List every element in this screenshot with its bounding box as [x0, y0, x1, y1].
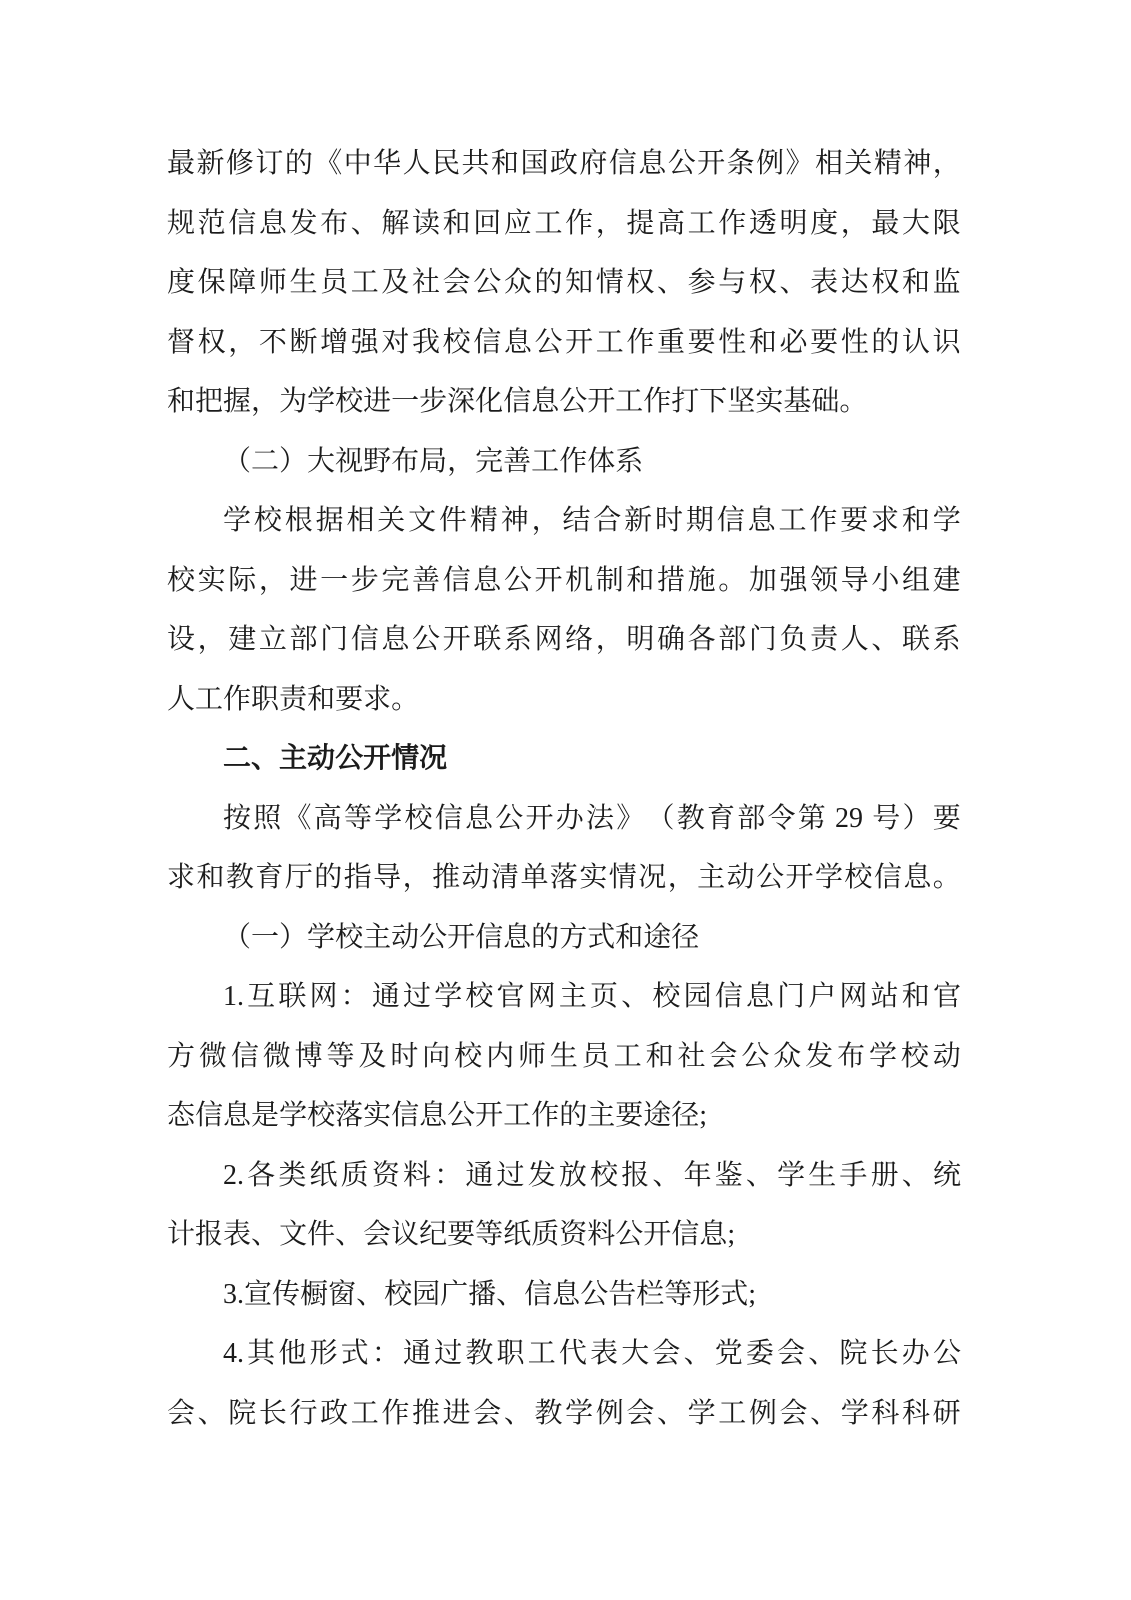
char: 。	[839, 372, 867, 432]
char: 公	[615, 1205, 643, 1265]
char: 动	[307, 729, 335, 789]
char: 、	[657, 253, 685, 313]
char: 期	[686, 491, 714, 551]
char: 工	[688, 194, 716, 254]
char: 信	[524, 1265, 552, 1325]
char: 形	[692, 1265, 720, 1325]
char: 野	[363, 432, 391, 492]
char: 学	[933, 491, 961, 551]
char: 作	[381, 1384, 409, 1444]
char: 断	[290, 313, 318, 373]
char: 式	[720, 1265, 748, 1325]
char: 公	[447, 1086, 475, 1146]
char: 信	[717, 491, 745, 551]
char: 要	[688, 313, 716, 373]
char: 单	[520, 848, 548, 908]
char: 机	[565, 551, 593, 611]
char: 令	[768, 789, 796, 849]
char: 体	[587, 432, 615, 492]
char: 障	[228, 253, 256, 313]
char: 增	[320, 313, 348, 373]
char: 工	[503, 1086, 531, 1146]
char: 博	[295, 1027, 323, 1087]
char: 办	[902, 1324, 930, 1384]
char: 科	[902, 1384, 930, 1444]
char: 基	[783, 372, 811, 432]
char: 作	[531, 1086, 559, 1146]
char: 开	[786, 848, 814, 908]
char: 校	[590, 1146, 618, 1206]
char: 公	[668, 134, 696, 194]
char: 络	[565, 610, 593, 670]
char: 和	[626, 551, 654, 611]
char: 和	[646, 1027, 674, 1087]
char: 园	[412, 1265, 440, 1325]
char: 发	[805, 1027, 833, 1087]
char: 息	[552, 1265, 580, 1325]
char: 工	[351, 1384, 379, 1444]
char: 校	[652, 967, 680, 1027]
char: 校	[335, 372, 363, 432]
char: 解	[381, 194, 409, 254]
char: 府	[579, 134, 607, 194]
char: 求	[871, 491, 899, 551]
char: 订	[255, 134, 283, 194]
char: 设	[167, 610, 195, 670]
char: 系	[933, 610, 961, 670]
char: 学	[815, 848, 843, 908]
char: 式	[587, 908, 615, 968]
char: 作	[718, 194, 746, 254]
char: 深	[447, 372, 475, 432]
char: 29	[828, 789, 870, 849]
char: 法	[586, 789, 614, 849]
char: 息	[903, 848, 931, 908]
char: 信	[473, 313, 501, 373]
char: 会	[473, 1384, 501, 1444]
char: 坚	[727, 372, 755, 432]
char: 师	[518, 1027, 546, 1087]
char: 窗	[328, 1265, 356, 1325]
char: 关	[844, 134, 872, 194]
char: 放	[559, 1146, 587, 1206]
char: 网	[528, 967, 556, 1027]
char: 学	[565, 1384, 593, 1444]
char: 手	[839, 1146, 867, 1206]
text-line: （一）学校主动公开信息的方式和途径	[167, 908, 961, 968]
char: 人	[841, 610, 869, 670]
text-line: 设，建立部门信息公开联系网络，明确各部门负责人、联系	[167, 610, 961, 670]
char: 和	[491, 134, 519, 194]
char: 长	[259, 1384, 287, 1444]
char: 主	[279, 729, 307, 789]
char: 件	[439, 491, 467, 551]
char: 和	[196, 848, 224, 908]
text-line: 度保障师生员工及社会公众的知情权、参与权、表达权和监	[167, 253, 961, 313]
char: 按	[223, 789, 251, 849]
char: 部	[290, 610, 318, 670]
text-line: 规范信息发布、解读和回应工作，提高工作透明度，最大限	[167, 194, 961, 254]
char: 布	[320, 194, 348, 254]
char: ，	[668, 848, 696, 908]
char: 明	[626, 610, 654, 670]
char: 的	[285, 134, 313, 194]
char: 情	[391, 729, 419, 789]
char: 党	[715, 1324, 743, 1384]
char: 监	[933, 253, 961, 313]
char: 参	[688, 253, 716, 313]
char: ;	[727, 1205, 735, 1265]
char: 园	[684, 967, 712, 1027]
char: 公	[580, 1265, 608, 1325]
char: 精	[874, 134, 902, 194]
char: 开	[526, 789, 554, 849]
char: 民	[432, 134, 460, 194]
char: 情	[596, 253, 624, 313]
char: 方	[167, 1027, 195, 1087]
char: 式	[341, 1324, 369, 1384]
char: 信	[503, 372, 531, 432]
char: 件	[307, 1205, 335, 1265]
char: 站	[871, 967, 899, 1027]
char: 教	[465, 1324, 493, 1384]
char: 报	[621, 1146, 649, 1206]
char: ，	[198, 610, 226, 670]
char: 会	[652, 1324, 680, 1384]
char: 清	[491, 848, 519, 908]
char: 工	[596, 313, 624, 373]
char: 开	[535, 551, 563, 611]
section-heading-line: 二、主动公开情况	[167, 729, 961, 789]
char: 应	[504, 194, 532, 254]
char: 开	[565, 313, 593, 373]
char: 厅	[285, 848, 313, 908]
char: 3.	[223, 1265, 244, 1325]
char: 要	[447, 1205, 475, 1265]
char: 根	[285, 491, 313, 551]
char: 公	[335, 729, 363, 789]
char: 信	[715, 967, 743, 1027]
char: 的	[314, 848, 342, 908]
text-line: 1.互联网：通过学校官网主页、校园信息门户网站和官	[167, 967, 961, 1027]
char: 公	[559, 372, 587, 432]
char: 和	[902, 967, 930, 1027]
char: 会	[626, 1384, 654, 1444]
char: 校	[901, 1027, 929, 1087]
char: 合	[593, 491, 621, 551]
char: 求	[363, 670, 391, 730]
char: 人	[403, 134, 431, 194]
char: 公	[741, 1027, 769, 1087]
char: 学	[374, 789, 402, 849]
char: 要	[810, 313, 838, 373]
char: 与	[718, 253, 746, 313]
char: 息	[504, 313, 532, 373]
char: 宣	[244, 1265, 272, 1325]
char: ）	[279, 908, 307, 968]
char: 完	[475, 432, 503, 492]
char: 对	[381, 313, 409, 373]
char: 学	[307, 372, 335, 432]
char: 开	[587, 372, 615, 432]
char: 读	[412, 194, 440, 254]
char: 进	[290, 551, 318, 611]
char: 职	[251, 670, 279, 730]
char: 工	[614, 1027, 642, 1087]
char: 要	[615, 1086, 643, 1146]
char: 工	[195, 670, 223, 730]
char: 工	[351, 253, 379, 313]
char: 径	[671, 908, 699, 968]
char: 信	[228, 194, 256, 254]
char: 实	[198, 551, 226, 611]
text-line: 计报表、文件、会议纪要等纸质资料公开信息;	[167, 1205, 961, 1265]
char: 校	[454, 1027, 482, 1087]
char: 必	[780, 313, 808, 373]
char: 权	[871, 253, 899, 313]
char: 大	[621, 1324, 649, 1384]
char: 和	[902, 491, 930, 551]
char: 统	[933, 1146, 961, 1206]
char: 和	[307, 670, 335, 730]
char: 布	[391, 432, 419, 492]
char: 条	[727, 134, 755, 194]
char: 施	[688, 551, 716, 611]
char: 主	[697, 848, 725, 908]
char: 要	[335, 670, 363, 730]
char: 导	[841, 551, 869, 611]
char: 部	[718, 610, 746, 670]
char: 各	[247, 1146, 275, 1206]
char: 措	[657, 551, 685, 611]
char: 开	[443, 610, 471, 670]
char: 社	[412, 253, 440, 313]
char: 形	[310, 1324, 338, 1384]
char: 告	[608, 1265, 636, 1325]
text-line: 会、院长行政工作推进会、教学例会、学工例会、学科科研	[167, 1384, 961, 1444]
text-line: 求和教育厅的指导，推动清单落实情况，主动公开学校信息。	[167, 848, 961, 908]
char: 播	[468, 1265, 496, 1325]
char: 、	[780, 253, 808, 313]
char: 息	[699, 1205, 727, 1265]
char: 联	[278, 967, 306, 1027]
char: 责	[810, 610, 838, 670]
char: 校	[465, 967, 493, 1027]
char: 动	[462, 848, 490, 908]
char: 进	[443, 1384, 471, 1444]
char: 一	[391, 372, 419, 432]
char: 二	[251, 432, 279, 492]
char: ，	[447, 432, 475, 492]
char: 信	[671, 1205, 699, 1265]
char: 和	[167, 372, 195, 432]
char: ，	[596, 194, 624, 254]
char: 作	[643, 372, 671, 432]
char: 和	[749, 313, 777, 373]
char: 他	[278, 1324, 306, 1384]
char: 官	[497, 967, 525, 1027]
char: 系	[504, 610, 532, 670]
char: 开	[363, 729, 391, 789]
char: 互	[247, 967, 275, 1027]
char: 传	[272, 1265, 300, 1325]
char: 的	[871, 313, 899, 373]
char: 和	[443, 194, 471, 254]
char: 第	[798, 789, 826, 849]
char: 息	[638, 134, 666, 194]
char: 开	[643, 1205, 671, 1265]
char: 信	[609, 134, 637, 194]
char: 教	[226, 848, 254, 908]
char: 、	[198, 1384, 226, 1444]
char: 校	[384, 1265, 412, 1325]
char: 息	[223, 1086, 251, 1146]
char: 、	[902, 1146, 930, 1206]
char: 生	[290, 253, 318, 313]
char: 员	[320, 253, 348, 313]
char: 途	[643, 908, 671, 968]
char: ，	[841, 194, 869, 254]
char: 息	[531, 372, 559, 432]
char: 动	[391, 908, 419, 968]
char: 门	[320, 610, 348, 670]
char: 过	[434, 1324, 462, 1384]
char: 、	[621, 967, 649, 1027]
char: 等	[664, 1265, 692, 1325]
char: 内	[486, 1027, 514, 1087]
char: 最	[167, 134, 195, 194]
char: 工	[615, 372, 643, 432]
char: 网	[839, 967, 867, 1027]
char: 《	[284, 789, 312, 849]
char: 工	[531, 432, 559, 492]
char: 透	[749, 194, 777, 254]
char: 行	[290, 1384, 318, 1444]
char: 信	[874, 848, 902, 908]
char: 加	[749, 551, 777, 611]
char: 善	[412, 551, 440, 611]
text-line: 2.各类纸质资料：通过发放校报、年鉴、学生手册、统	[167, 1146, 961, 1206]
char: 信	[443, 551, 471, 611]
char: 息	[259, 194, 287, 254]
char: 限	[933, 194, 961, 254]
char: ，	[532, 491, 560, 551]
char: 等	[475, 1205, 503, 1265]
char: ，	[403, 848, 431, 908]
char: 微	[199, 1027, 227, 1087]
char: 生	[550, 1027, 578, 1087]
char: 育	[255, 848, 283, 908]
char: 联	[473, 610, 501, 670]
char: 度	[810, 194, 838, 254]
char: 强	[351, 313, 379, 373]
char: 明	[780, 194, 808, 254]
char: 我	[412, 313, 440, 373]
char: 主	[559, 967, 587, 1027]
char: 户	[808, 967, 836, 1027]
char: 工	[528, 1324, 556, 1384]
char: 公	[412, 610, 440, 670]
char: 步	[351, 551, 379, 611]
char: 开	[447, 908, 475, 968]
char: 范	[198, 194, 226, 254]
char: 文	[408, 491, 436, 551]
char: 国	[520, 134, 548, 194]
char: 不	[259, 313, 287, 373]
char: 会	[443, 253, 471, 313]
char: 表	[590, 1324, 618, 1384]
char: （	[223, 432, 251, 492]
text-line: 学校根据相关文件精神，结合新时期信息工作要求和学	[167, 491, 961, 551]
char: 委	[746, 1324, 774, 1384]
char: 信	[231, 1027, 259, 1087]
char: 公	[504, 551, 532, 611]
char: 会	[167, 1384, 195, 1444]
char: 息	[746, 967, 774, 1027]
char: 动	[727, 848, 755, 908]
char: 时	[390, 1027, 418, 1087]
char: 通	[403, 1324, 431, 1384]
char: ;	[699, 1086, 707, 1146]
char: 二	[223, 729, 251, 789]
char: 息	[748, 491, 776, 551]
char: ：	[341, 967, 369, 1027]
char: ;	[748, 1265, 756, 1325]
char: 建	[228, 610, 256, 670]
char: 过	[403, 967, 431, 1027]
char: 、	[657, 1384, 685, 1444]
char: 纸	[310, 1146, 338, 1206]
char: 性	[718, 313, 746, 373]
char: 学	[841, 1384, 869, 1444]
char: 提	[626, 194, 654, 254]
char: 例	[749, 1384, 777, 1444]
char: （	[223, 908, 251, 968]
char: 下	[699, 372, 727, 432]
char: 态	[167, 1086, 195, 1146]
text-line: 和把握，为学校进一步深化信息公开工作打下坚实基础。	[167, 372, 961, 432]
char: 师	[259, 253, 287, 313]
char: 时	[655, 491, 683, 551]
char: 作	[809, 491, 837, 551]
char: 网	[535, 610, 563, 670]
char: 生	[808, 1146, 836, 1206]
char: 神	[501, 491, 529, 551]
char: 息	[419, 1086, 447, 1146]
char: 校	[335, 908, 363, 968]
char: 落	[335, 1086, 363, 1146]
char: 4.	[223, 1324, 244, 1384]
char: 确	[657, 610, 685, 670]
char: 、	[356, 1265, 384, 1325]
char: 学	[307, 908, 335, 968]
char: 料	[403, 1146, 431, 1206]
char: 。	[391, 670, 419, 730]
char: 官	[933, 967, 961, 1027]
char: 、	[496, 1265, 524, 1325]
char: 、	[808, 1324, 836, 1384]
char: 教	[535, 1384, 563, 1444]
char: 。	[933, 848, 961, 908]
char: 政	[320, 1384, 348, 1444]
char: 权	[749, 253, 777, 313]
char: 关	[377, 491, 405, 551]
text-line: 校实际，进一步完善信息公开机制和措施。加强领导小组建	[167, 551, 961, 611]
char: 会	[780, 1384, 808, 1444]
char: 质	[531, 1205, 559, 1265]
char: 的	[559, 1086, 587, 1146]
char: 径	[671, 1086, 699, 1146]
